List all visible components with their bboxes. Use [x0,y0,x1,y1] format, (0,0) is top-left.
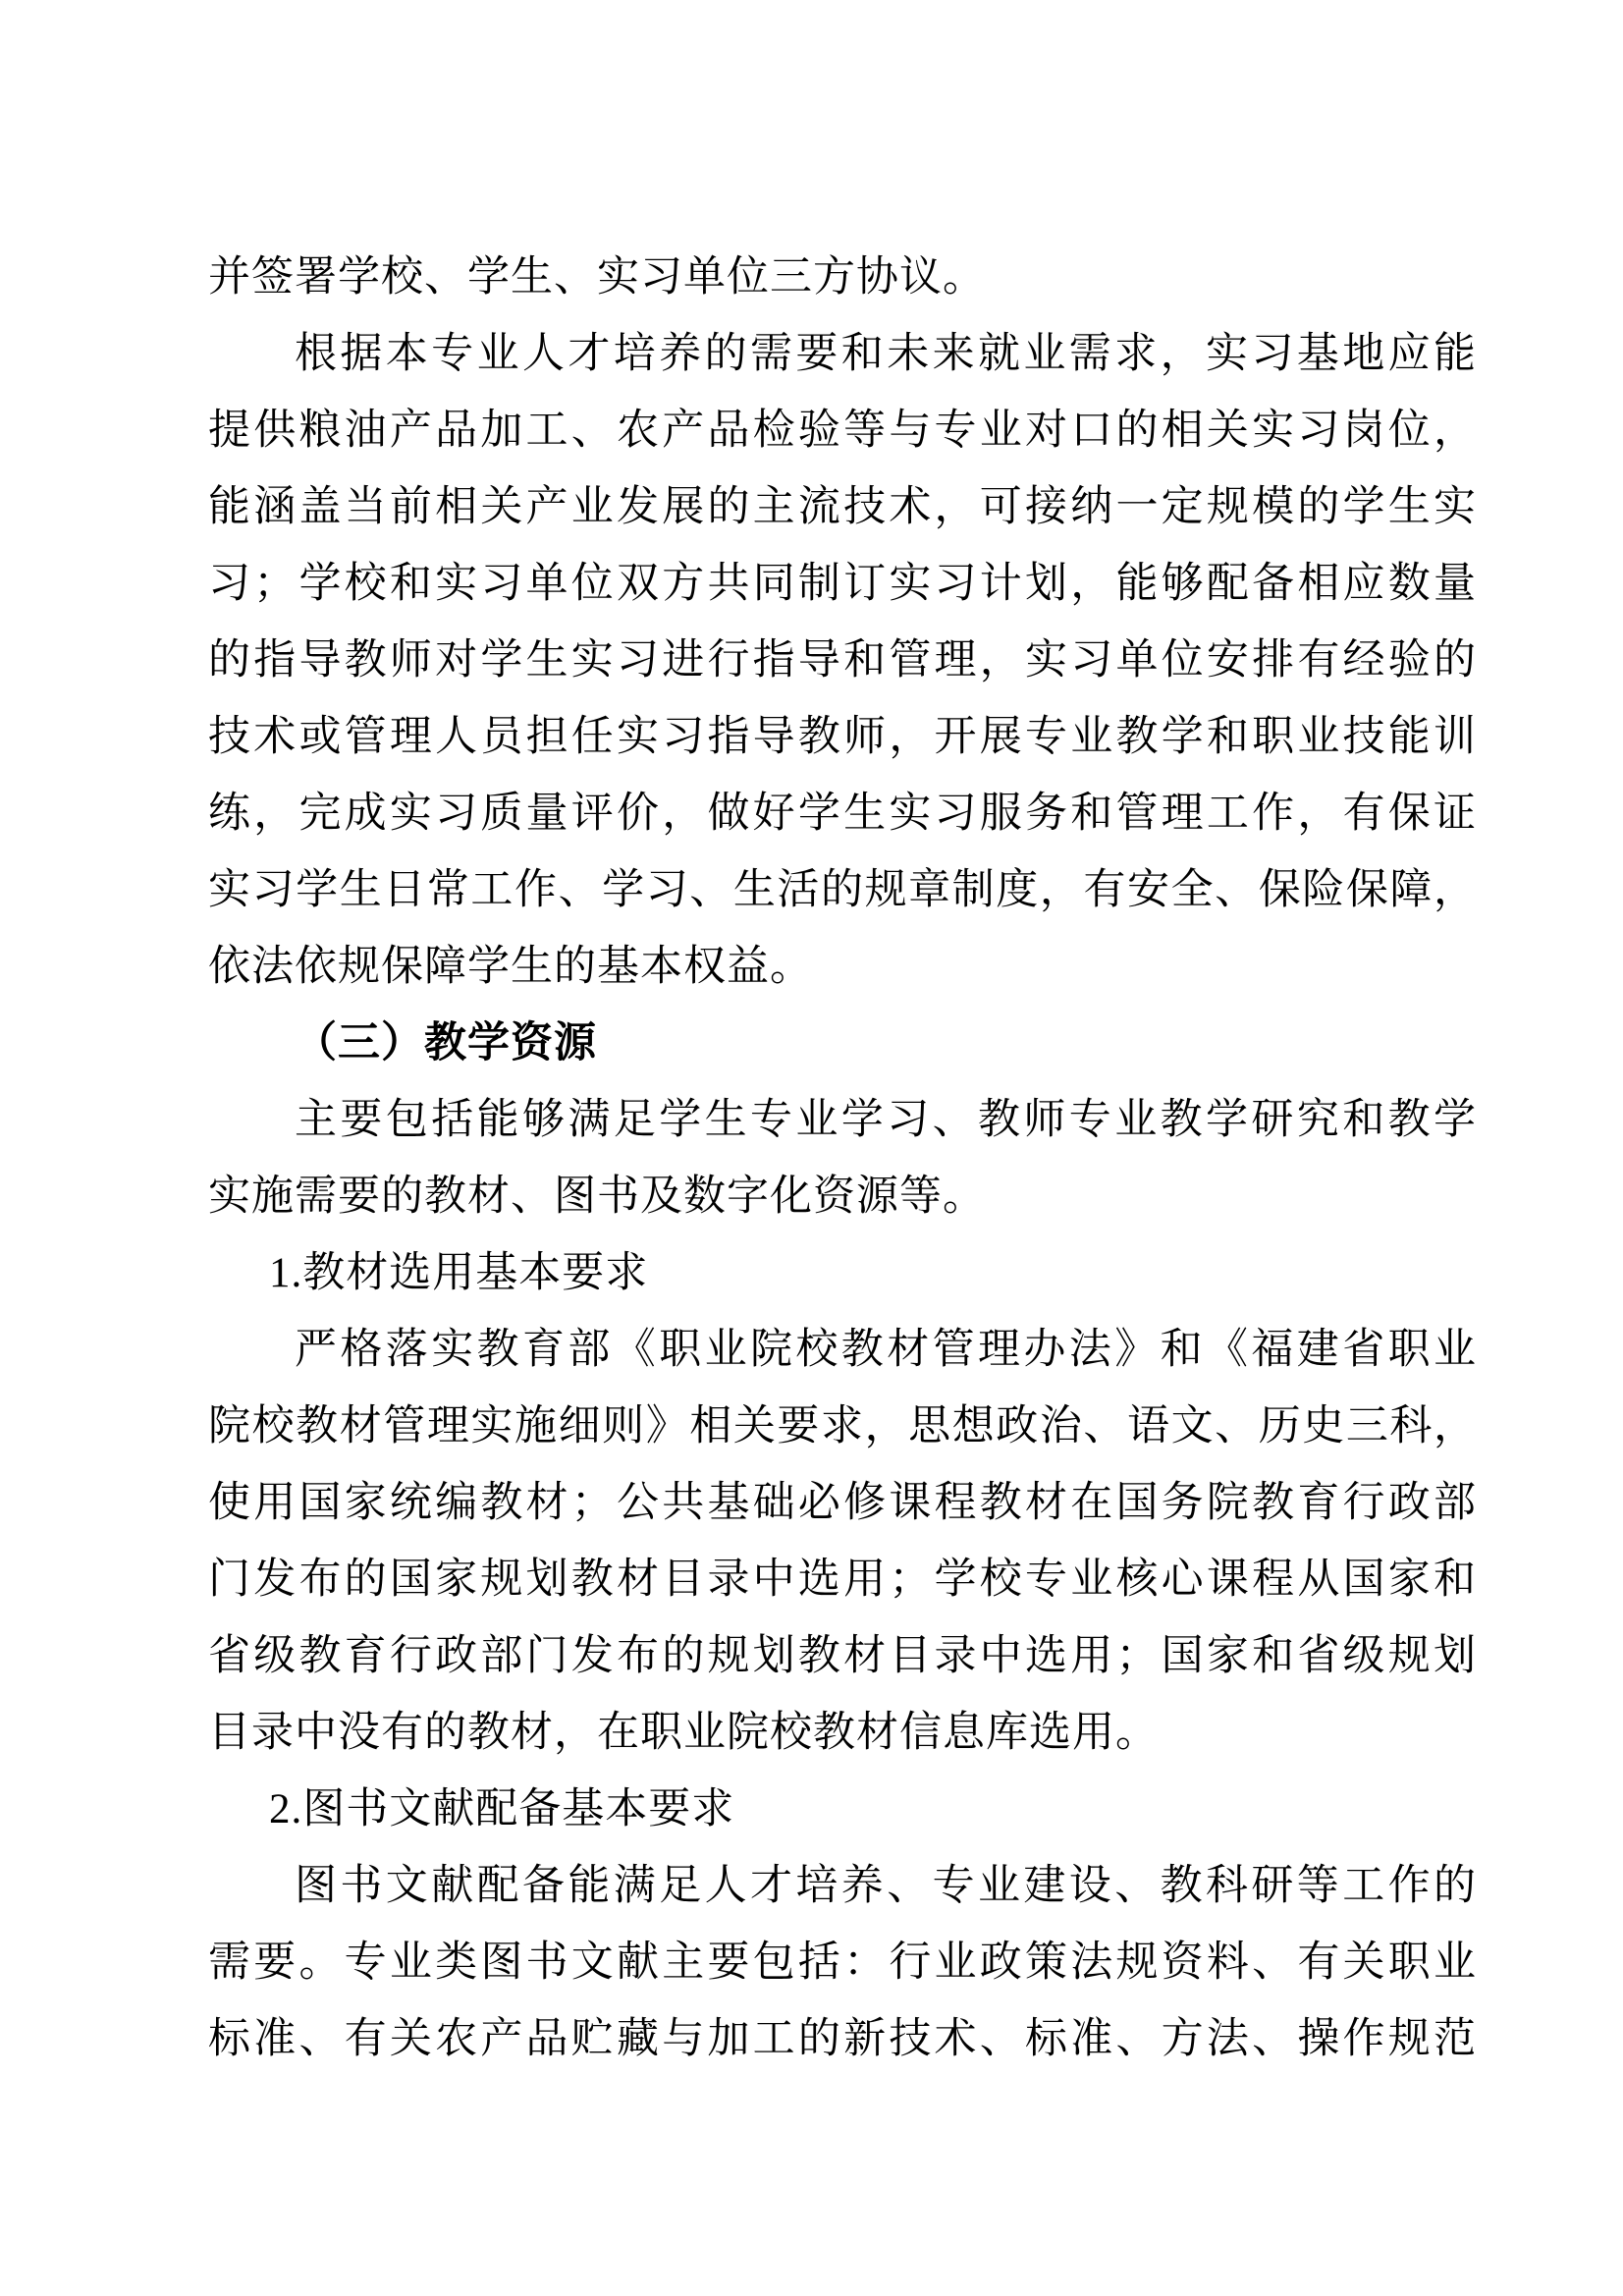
text-line: 并签署学校、学生、实习单位三方协议。 [208,240,1477,316]
text-line: 严格落实教育部《职业院校教材管理办法》和《福建省职业 [208,1312,1477,1389]
subheading-library-documents: 2.图书文献配备基本要求 [208,1772,1477,1848]
text-line: 能涵盖当前相关产业发展的主流技术，可接纳一定规模的学生实 [208,469,1477,546]
document-text-block: 并签署学校、学生、实习单位三方协议。 根据本专业人才培养的需要和未来就业需求，实… [208,240,1477,2078]
text-line: 图书文献配备能满足人才培养、专业建设、教科研等工作的 [208,1848,1477,1925]
text-line: 需要。专业类图书文献主要包括：行业政策法规资料、有关职业 [208,1925,1477,2001]
text-line: 标准、有关农产品贮藏与加工的新技术、标准、方法、操作规范 [208,2001,1477,2078]
text-line: 依法依规保障学生的基本权益。 [208,929,1477,1006]
document-page: 并签署学校、学生、实习单位三方协议。 根据本专业人才培养的需要和未来就业需求，实… [0,0,1623,2296]
subheading-textbook-selection: 1.教材选用基本要求 [208,1235,1477,1312]
text-line: 习；学校和实习单位双方共同制订实习计划，能够配备相应数量 [208,546,1477,623]
text-line: 使用国家统编教材；公共基础必修课程教材在国务院教育行政部 [208,1465,1477,1542]
text-line: 主要包括能够满足学生专业学习、教师专业教学研究和教学 [208,1082,1477,1159]
text-line: 练，完成实习质量评价，做好学生实习服务和管理工作，有保证 [208,776,1477,852]
text-line: 目录中没有的教材，在职业院校教材信息库选用。 [208,1695,1477,1772]
text-line: 根据本专业人才培养的需要和未来就业需求，实习基地应能 [208,316,1477,393]
text-line: 实习学生日常工作、学习、生活的规章制度，有安全、保险保障， [208,852,1477,929]
text-line: 省级教育行政部门发布的规划教材目录中选用；国家和省级规划 [208,1618,1477,1695]
text-line: 提供粮油产品加工、农产品检验等与专业对口的相关实习岗位， [208,393,1477,469]
text-line: 门发布的国家规划教材目录中选用；学校专业核心课程从国家和 [208,1542,1477,1618]
section-heading-teaching-resources: （三）教学资源 [208,1006,1477,1082]
text-line: 院校教材管理实施细则》相关要求，思想政治、语文、历史三科， [208,1389,1477,1465]
text-line: 的指导教师对学生实习进行指导和管理，实习单位安排有经验的 [208,623,1477,699]
text-line: 实施需要的教材、图书及数字化资源等。 [208,1159,1477,1235]
text-line: 技术或管理人员担任实习指导教师，开展专业教学和职业技能训 [208,699,1477,776]
